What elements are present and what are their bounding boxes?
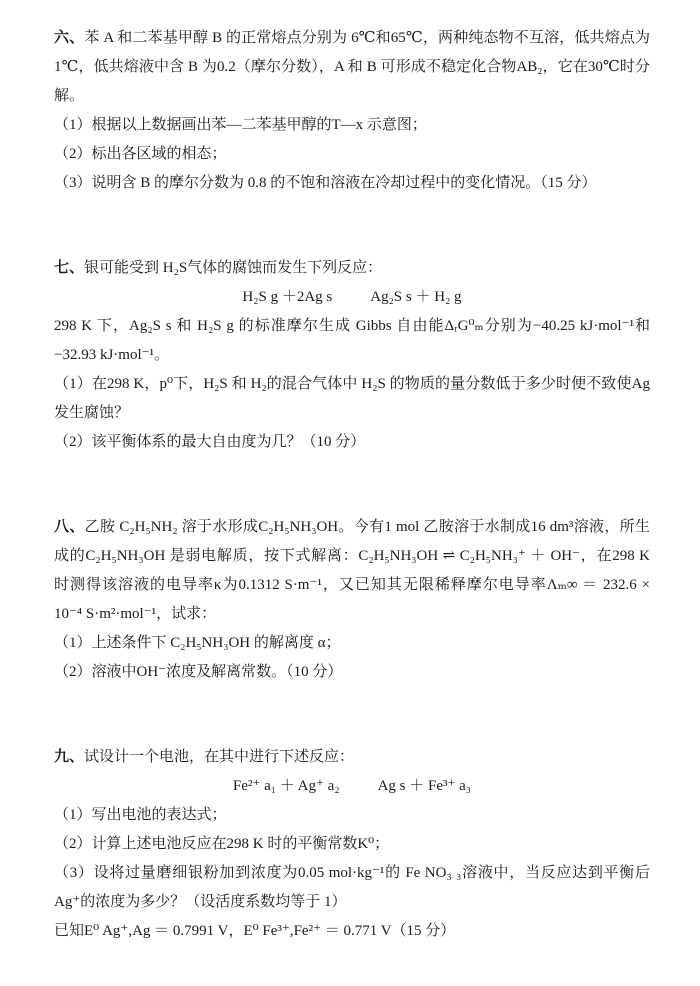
question-9-known-values: 已知E⁰ Ag⁺,Ag ＝ 0.7991 V，E⁰ Fe³⁺,Fe²⁺ ＝ 0.… (54, 917, 650, 946)
question-9-item-1: （1）写出电池的表达式； (54, 801, 650, 830)
question-7-item-2: （2）该平衡体系的最大自由度为几？（10 分） (54, 428, 650, 457)
question-7-intro: 七、银可能受到 H₂S气体的腐蚀而发生下列反应： (54, 254, 650, 283)
question-6-item-3: （3）说明含 B 的摩尔分数为 0.8 的不饱和溶液在冷却过程中的变化情况。（1… (54, 169, 650, 198)
equation-lhs: H₂S g ＋2Ag s (242, 283, 332, 312)
question-9-reaction-equation: Fe²⁺ a₁ ＋ Ag⁺ a₂ Ag s ＋ Fe³⁺ a₃ (54, 772, 650, 801)
question-7-number: 七、 (54, 260, 84, 276)
question-9-number: 九、 (54, 749, 84, 765)
equation-rhs: Ag₂S s ＋ H₂ g (370, 283, 461, 312)
question-7-data-paragraph: 298 K 下，Ag₂S s 和 H₂S g 的标准摩尔生成 Gibbs 自由能… (54, 312, 650, 370)
question-8-intro: 八、乙胺 C₂H₅NH₂ 溶于水形成C₂H₅NH₃OH。今有1 mol 乙胺溶于… (54, 513, 650, 629)
question-9: 九、试设计一个电池，在其中进行下述反应： Fe²⁺ a₁ ＋ Ag⁺ a₂ Ag… (54, 743, 650, 946)
question-8-item-2: （2）溶液中OH⁻浓度及解离常数。（10 分） (54, 658, 650, 687)
question-6-intro: 六、苯 A 和二苯基甲醇 B 的正常熔点分别为 6℃和65℃，两种纯态物不互溶，… (54, 24, 650, 111)
question-6-number: 六、 (54, 30, 84, 46)
question-8-item-1: （1）上述条件下 C₂H₅NH₃OH 的解离度 α； (54, 629, 650, 658)
question-6-intro-text: 苯 A 和二苯基甲醇 B 的正常熔点分别为 6℃和65℃，两种纯态物不互溶，低共… (54, 30, 650, 104)
question-8-number: 八、 (54, 519, 85, 535)
question-7: 七、银可能受到 H₂S气体的腐蚀而发生下列反应： H₂S g ＋2Ag s Ag… (54, 254, 650, 457)
exam-page: 六、苯 A 和二苯基甲醇 B 的正常熔点分别为 6℃和65℃，两种纯态物不互溶，… (0, 0, 700, 986)
equation-rhs: Ag s ＋ Fe³⁺ a₃ (378, 772, 471, 801)
question-9-intro-text: 试设计一个电池，在其中进行下述反应： (84, 749, 354, 765)
equation-lhs: Fe²⁺ a₁ ＋ Ag⁺ a₂ (233, 772, 340, 801)
question-9-item-2: （2）计算上述电池反应在298 K 时的平衡常数K⁰； (54, 830, 650, 859)
question-8: 八、乙胺 C₂H₅NH₂ 溶于水形成C₂H₅NH₃OH。今有1 mol 乙胺溶于… (54, 513, 650, 687)
question-6-item-2: （2）标出各区域的相态； (54, 140, 650, 169)
question-6-item-1: （1）根据以上数据画出苯—二苯基甲醇的T—x 示意图； (54, 111, 650, 140)
question-9-intro: 九、试设计一个电池，在其中进行下述反应： (54, 743, 650, 772)
question-7-intro-text: 银可能受到 H₂S气体的腐蚀而发生下列反应： (84, 260, 382, 276)
question-9-item-3: （3）设将过量磨细银粉加到浓度为0.05 mol·kg⁻¹的 Fe NO₃ ₃溶… (54, 859, 650, 917)
question-7-reaction-equation: H₂S g ＋2Ag s Ag₂S s ＋ H₂ g (54, 283, 650, 312)
question-7-item-1: （1）在298 K，p⁰下，H₂S 和 H₂的混合气体中 H₂S 的物质的量分数… (54, 370, 650, 428)
question-6: 六、苯 A 和二苯基甲醇 B 的正常熔点分别为 6℃和65℃，两种纯态物不互溶，… (54, 24, 650, 198)
question-8-intro-text: 乙胺 C₂H₅NH₂ 溶于水形成C₂H₅NH₃OH。今有1 mol 乙胺溶于水制… (54, 519, 650, 622)
